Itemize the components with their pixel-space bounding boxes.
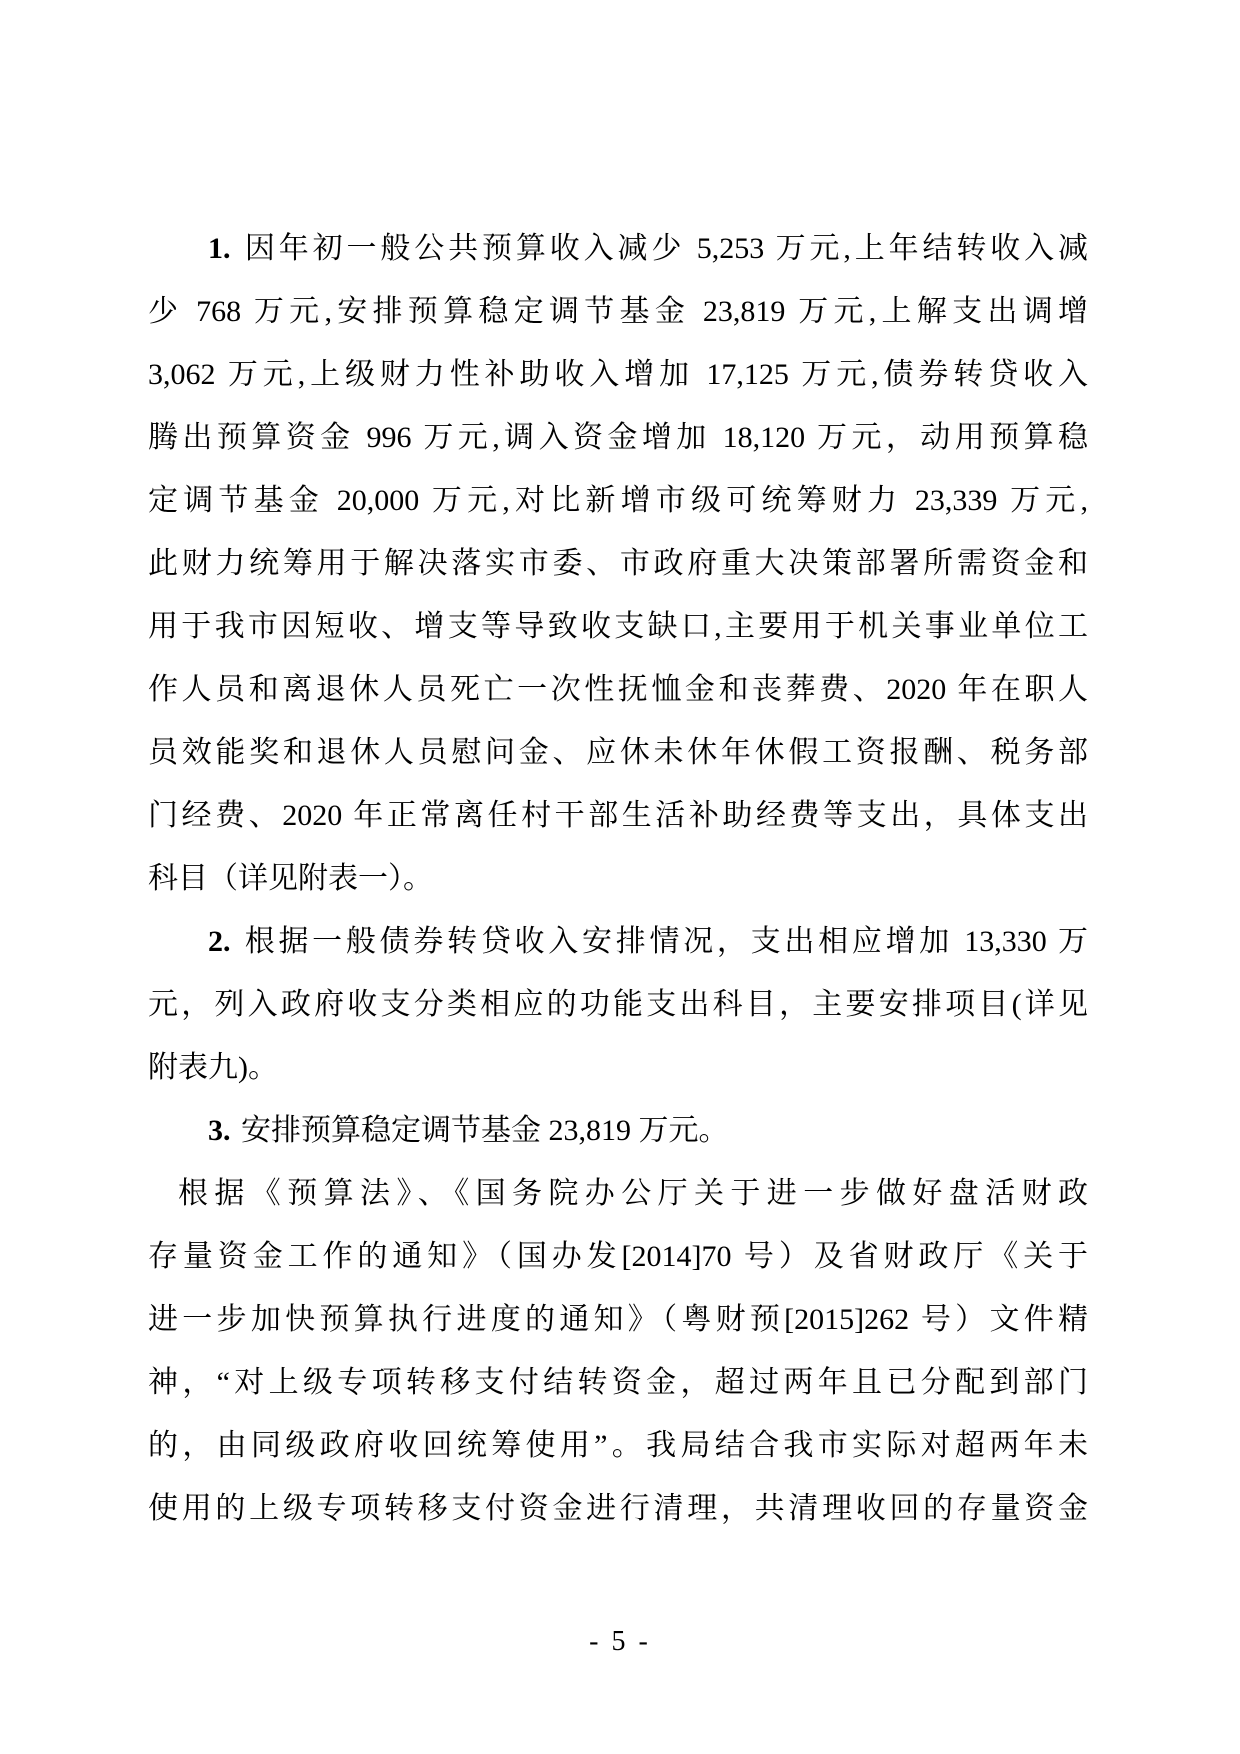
line-text: 附表九)。 [148, 1051, 278, 1084]
line-text: 腾出预算资金 996 万元,调入资金增加 18,120 万元，动用预算稳 [148, 421, 1088, 454]
text-line: 定调节基金 20,000 万元,对比新增市级可统筹财力 23,339 万元, [148, 469, 1088, 532]
text-line: 使用的上级专项转移支付资金进行清理，共清理收回的存量资金 [148, 1477, 1088, 1540]
line-text: 作人员和离退休人员死亡一次性抚恤金和丧葬费、2020 年在职人 [148, 673, 1088, 706]
line-text: 根据《预算法》、《国务院办公厅关于进一步做好盘活财政 [178, 1177, 1088, 1210]
text-line: 用于我市因短收、增支等导致收支缺口,主要用于机关事业单位工 [148, 595, 1088, 658]
line-text: 进一步加快预算执行进度的通知》（粤财预[2015]262 号）文件精 [148, 1303, 1088, 1336]
body-text: 1.因年初一般公共预算收入减少 5,253 万元,上年结转收入减 少 768 万… [148, 217, 1088, 1540]
line-text: 存量资金工作的通知》（国办发[2014]70 号）及省财政厅《关于 [148, 1240, 1088, 1273]
line-text: 神，“对上级专项转移支付结转资金，超过两年且已分配到部门 [148, 1366, 1088, 1399]
text-line: 2.根据一般债券转贷收入安排情况，支出相应增加 13,330 万 [148, 910, 1088, 973]
text-line: 存量资金工作的通知》（国办发[2014]70 号）及省财政厅《关于 [148, 1225, 1088, 1288]
line-text: 因年初一般公共预算收入减少 5,253 万元,上年结转收入减 [241, 232, 1088, 265]
text-line: 的，由同级政府收回统筹使用”。我局结合我市实际对超两年未 [148, 1414, 1088, 1477]
line-text: 门经费、2020 年正常离任村干部生活补助经费等支出，具体支出 [148, 799, 1088, 832]
line-text: 此财力统筹用于解决落实市委、市政府重大决策部署所需资金和 [148, 547, 1088, 580]
text-line: 少 768 万元,安排预算稳定调节基金 23,819 万元,上解支出调增 [148, 280, 1088, 343]
text-line: 根据《预算法》、《国务院办公厅关于进一步做好盘活财政 [148, 1162, 1088, 1225]
text-line: 3.安排预算稳定调节基金 23,819 万元。 [148, 1099, 1088, 1162]
text-line: 进一步加快预算执行进度的通知》（粤财预[2015]262 号）文件精 [148, 1288, 1088, 1351]
paragraph-number: 2. [208, 925, 231, 958]
text-line: 作人员和离退休人员死亡一次性抚恤金和丧葬费、2020 年在职人 [148, 658, 1088, 721]
text-line: 附表九)。 [148, 1036, 1088, 1099]
line-text: 用于我市因短收、增支等导致收支缺口,主要用于机关事业单位工 [148, 610, 1088, 643]
text-line: 1.因年初一般公共预算收入减少 5,253 万元,上年结转收入减 [148, 217, 1088, 280]
line-text: 使用的上级专项转移支付资金进行清理，共清理收回的存量资金 [148, 1492, 1088, 1525]
page-number: - 5 - [0, 1622, 1240, 1662]
line-text: 元，列入政府收支分类相应的功能支出科目，主要安排项目(详见 [148, 988, 1088, 1021]
text-line: 神，“对上级专项转移支付结转资金，超过两年且已分配到部门 [148, 1351, 1088, 1414]
text-line: 3,062 万元,上级财力性补助收入增加 17,125 万元,债券转贷收入 [148, 343, 1088, 406]
paragraph-number: 1. [208, 232, 231, 265]
line-text: 根据一般债券转贷收入安排情况，支出相应增加 13,330 万 [241, 925, 1088, 958]
document-page: 1.因年初一般公共预算收入减少 5,253 万元,上年结转收入减 少 768 万… [0, 0, 1240, 1754]
line-text: 科目（详见附表一）。 [148, 862, 433, 895]
paragraph-number: 3. [208, 1114, 231, 1147]
line-text: 3,062 万元,上级财力性补助收入增加 17,125 万元,债券转贷收入 [148, 358, 1088, 391]
line-text: 员效能奖和退休人员慰问金、应休未休年休假工资报酬、税务部 [148, 736, 1088, 769]
text-line: 腾出预算资金 996 万元,调入资金增加 18,120 万元，动用预算稳 [148, 406, 1088, 469]
line-text: 安排预算稳定调节基金 23,819 万元。 [241, 1114, 729, 1147]
line-text: 的，由同级政府收回统筹使用”。我局结合我市实际对超两年未 [148, 1429, 1088, 1462]
text-line: 门经费、2020 年正常离任村干部生活补助经费等支出，具体支出 [148, 784, 1088, 847]
line-text: 定调节基金 20,000 万元,对比新增市级可统筹财力 23,339 万元, [148, 484, 1088, 517]
text-line: 此财力统筹用于解决落实市委、市政府重大决策部署所需资金和 [148, 532, 1088, 595]
text-line: 员效能奖和退休人员慰问金、应休未休年休假工资报酬、税务部 [148, 721, 1088, 784]
line-text: 少 768 万元,安排预算稳定调节基金 23,819 万元,上解支出调增 [148, 295, 1088, 328]
text-line: 科目（详见附表一）。 [148, 847, 1088, 910]
text-line: 元，列入政府收支分类相应的功能支出科目，主要安排项目(详见 [148, 973, 1088, 1036]
